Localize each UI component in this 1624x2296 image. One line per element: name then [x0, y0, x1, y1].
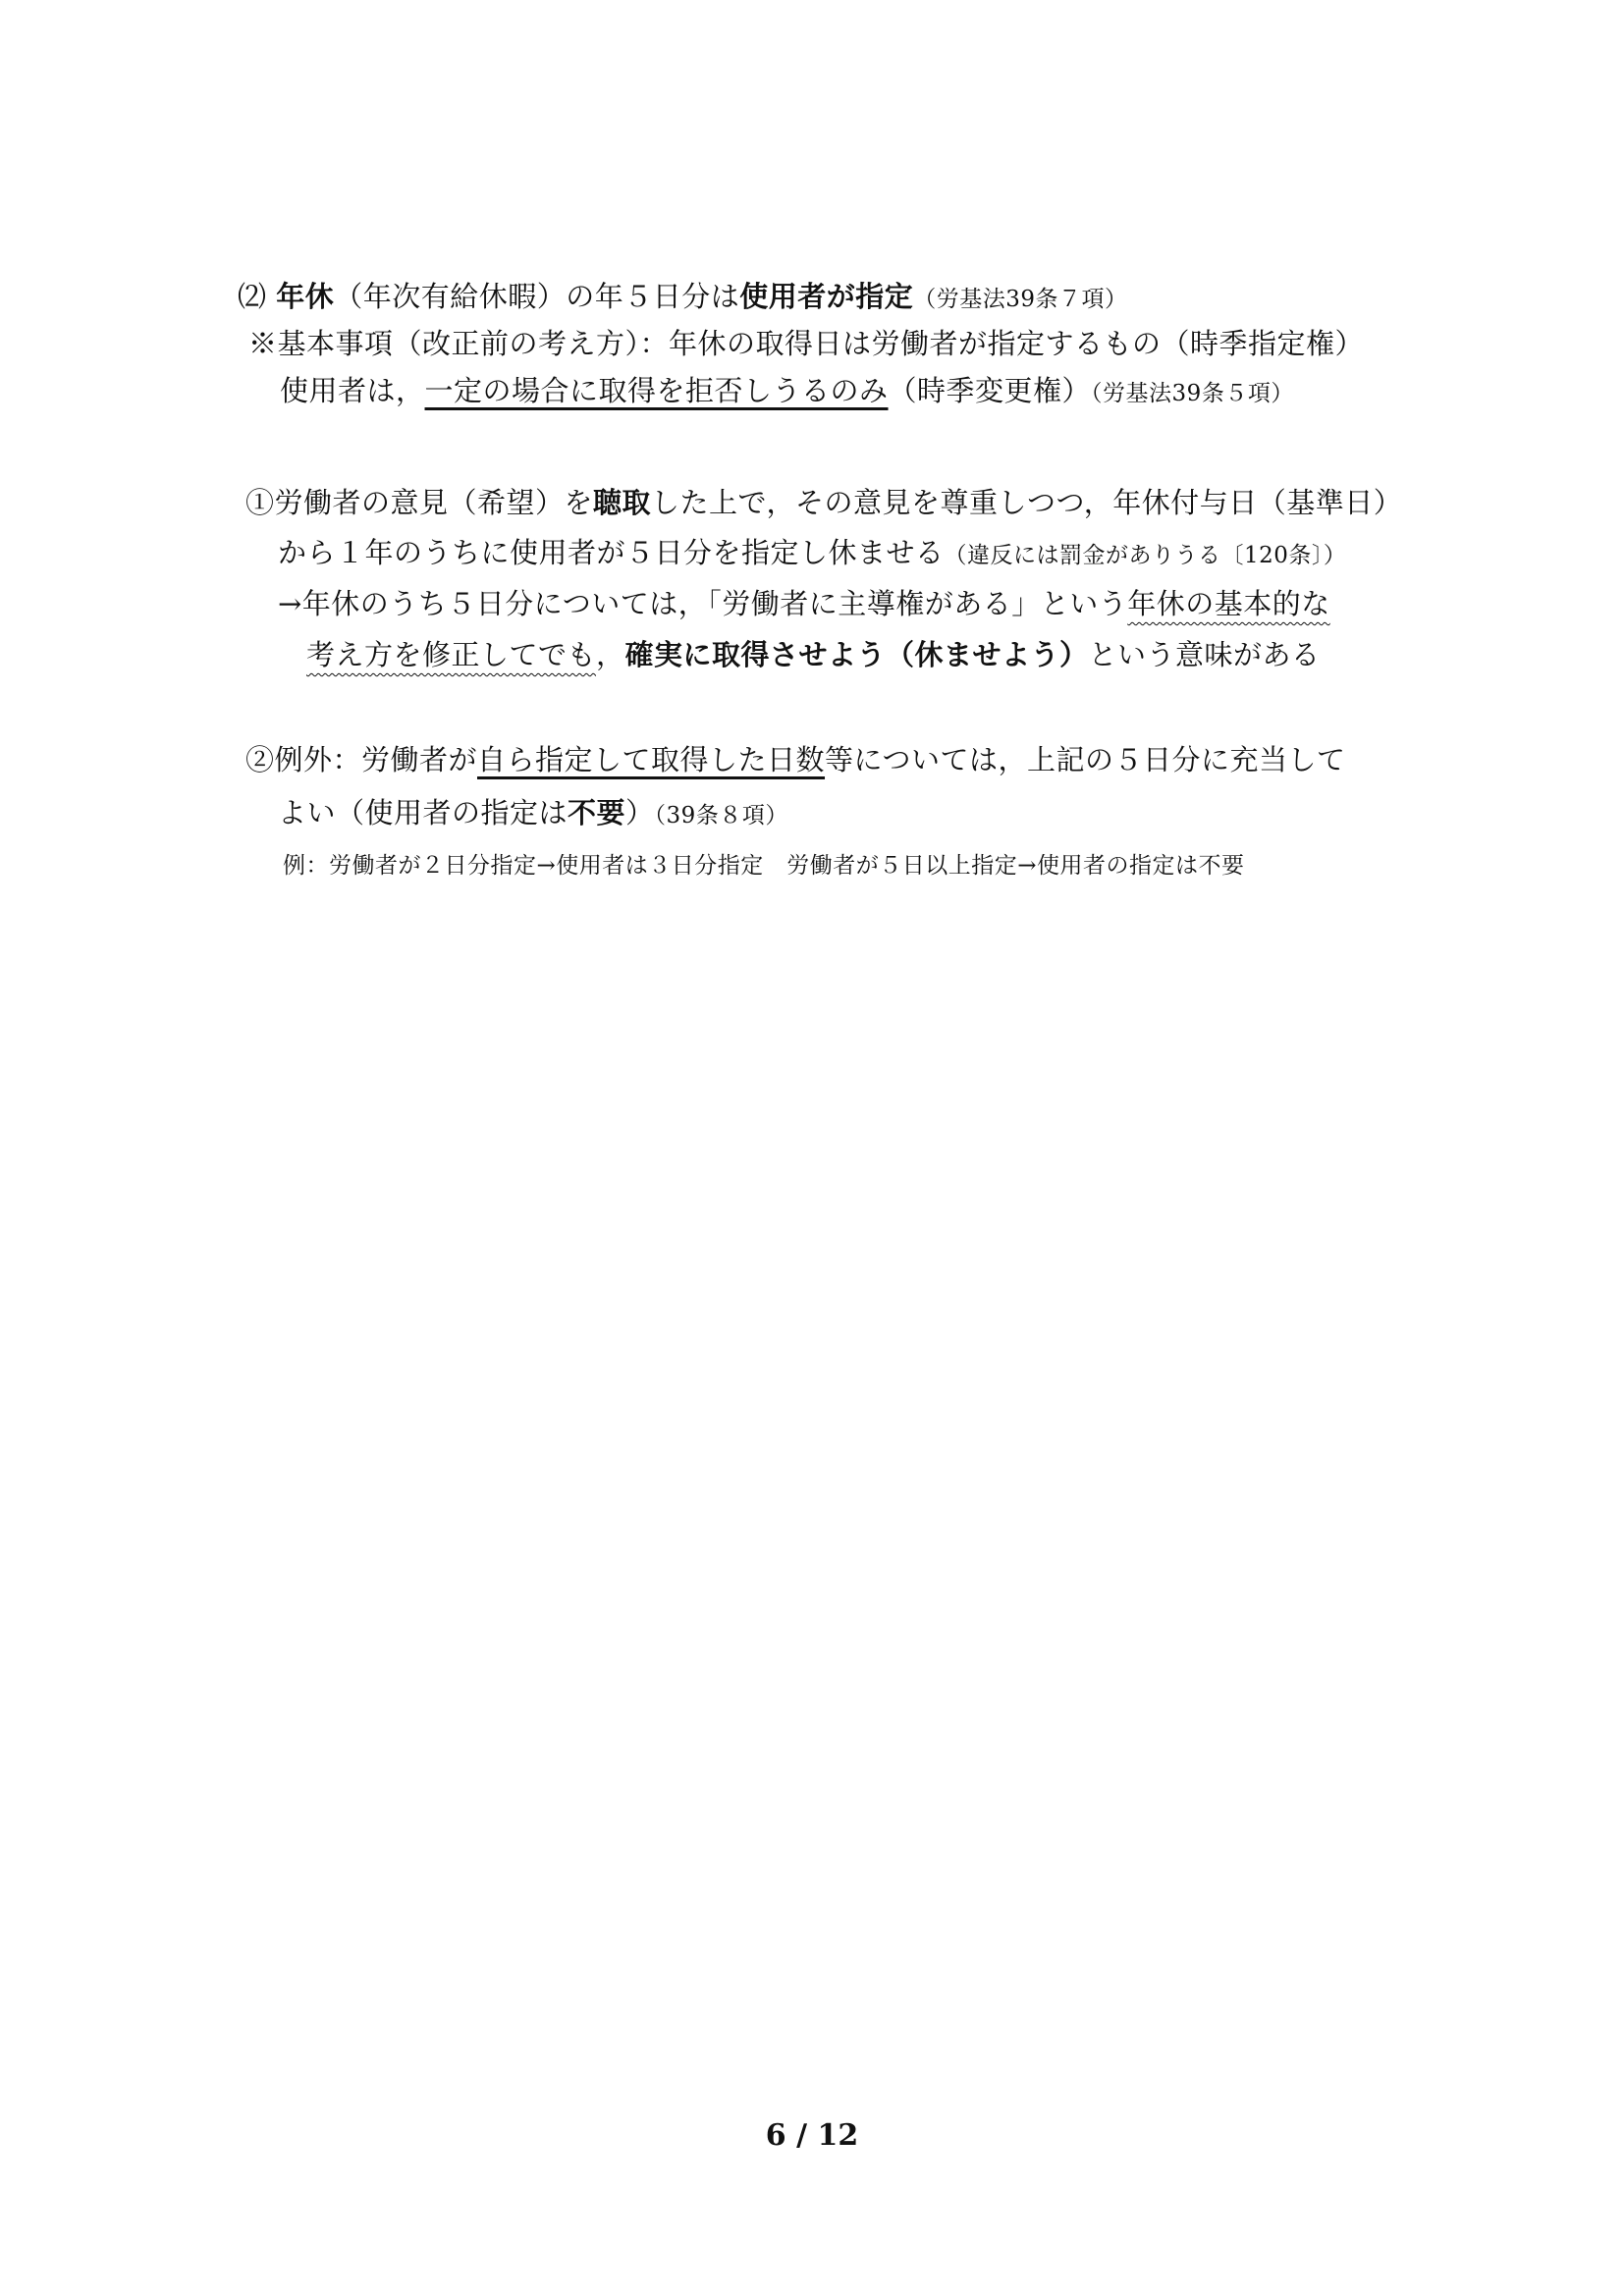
- item-1-bold-ensure-taking: 確実に取得させよう（休ませよう）: [625, 638, 1089, 671]
- section-number: ⑵: [238, 280, 267, 313]
- wavy-underlined-phrase: 考え方を修正してでも: [306, 638, 596, 671]
- page-indicator: 6 / 12: [0, 2118, 1624, 2153]
- item-1-text: という意味がある: [1089, 638, 1321, 671]
- item-2-text: ）: [625, 796, 655, 829]
- item-1-bold-hearing: 聴取: [593, 486, 651, 519]
- item-2-example: 例：労働者が２日分指定→使用者は３日分指定 労働者が５日以上指定→使用者の指定は…: [283, 846, 1245, 885]
- item-1-text: から１年のうちに使用者が５日分を指定し休ませる: [278, 536, 945, 569]
- basic-principle-text: 使用者は，: [280, 374, 425, 407]
- item-1-line-2: から１年のうちに使用者が５日分を指定し休ませる（違反には罰金がありうる〔120条…: [278, 533, 1346, 575]
- basic-principle-line-1: ※基本事項（改正前の考え方）：年休の取得日は労働者が指定するもの（時季指定権）: [248, 324, 1364, 363]
- law-reference: （労基法39条５項）: [1091, 381, 1294, 406]
- basic-principle-text: ※基本事項（改正前の考え方）：年休の取得日は労働者が指定するもの（時季指定権）: [248, 327, 1364, 360]
- comma: ，: [596, 638, 625, 671]
- item-2-text: 等については，上記の５日分に充当して: [825, 743, 1345, 776]
- item-2-line-1: ②例外：労働者が自ら指定して取得した日数等については，上記の５日分に充当して: [245, 740, 1345, 779]
- law-reference: （39条８項）: [655, 803, 788, 828]
- heading-text: （年次有給休暇）の年５日分は: [334, 280, 739, 313]
- item-2-line-2: よい（使用者の指定は不要）（39条８項）: [278, 793, 788, 835]
- item-1-line-1: ①労働者の意見（希望）を聴取した上で，その意見を尊重しつつ，年休付与日（基準日）: [245, 483, 1402, 522]
- document-page: ⑵ 年休（年次有給休暇）の年５日分は使用者が指定（労基法39条７項） ※基本事項…: [0, 0, 1624, 2296]
- wavy-underlined-phrase: 年休の基本的な: [1127, 587, 1330, 620]
- underlined-phrase: 一定の場合に取得を拒否しうるのみ: [425, 374, 889, 407]
- item-1-line-3: →年休のうち５日分については，「労働者に主導権がある」という年休の基本的な: [278, 584, 1330, 623]
- penalty-note: （違反には罰金がありうる〔120条〕）: [945, 543, 1347, 568]
- basic-principle-text: （時季変更権）: [889, 374, 1092, 407]
- example-text: 例：労働者が２日分指定→使用者は３日分指定 労働者が５日以上指定→使用者の指定は…: [283, 853, 1245, 879]
- item-2-text: よい（使用者の指定は: [278, 796, 568, 829]
- item-1-line-4: 考え方を修正してでも，確実に取得させよう（休ませよう）という意味がある: [306, 635, 1321, 674]
- basic-principle-line-2: 使用者は，一定の場合に取得を拒否しうるのみ（時季変更権）（労基法39条５項）: [280, 371, 1294, 413]
- item-2-text: ②例外：労働者が: [245, 743, 477, 776]
- item-1-text: ①労働者の意見（希望）を: [245, 486, 593, 519]
- underlined-phrase: 自ら指定して取得した日数: [477, 743, 825, 776]
- item-1-text: した上で，その意見を尊重しつつ，年休付与日（基準日）: [651, 486, 1402, 519]
- item-1-text: →年休のうち５日分については，「労働者に主導権がある」という: [278, 587, 1127, 620]
- heading-bold-employer-designates: 使用者が指定: [739, 280, 913, 313]
- heading-law-reference: （労基法39条７項）: [913, 287, 1127, 312]
- item-2-bold-unnecessary: 不要: [568, 796, 625, 829]
- heading-bold-annual-leave: 年休: [276, 280, 334, 313]
- section-heading: ⑵ 年休（年次有給休暇）の年５日分は使用者が指定（労基法39条７項）: [238, 277, 1128, 319]
